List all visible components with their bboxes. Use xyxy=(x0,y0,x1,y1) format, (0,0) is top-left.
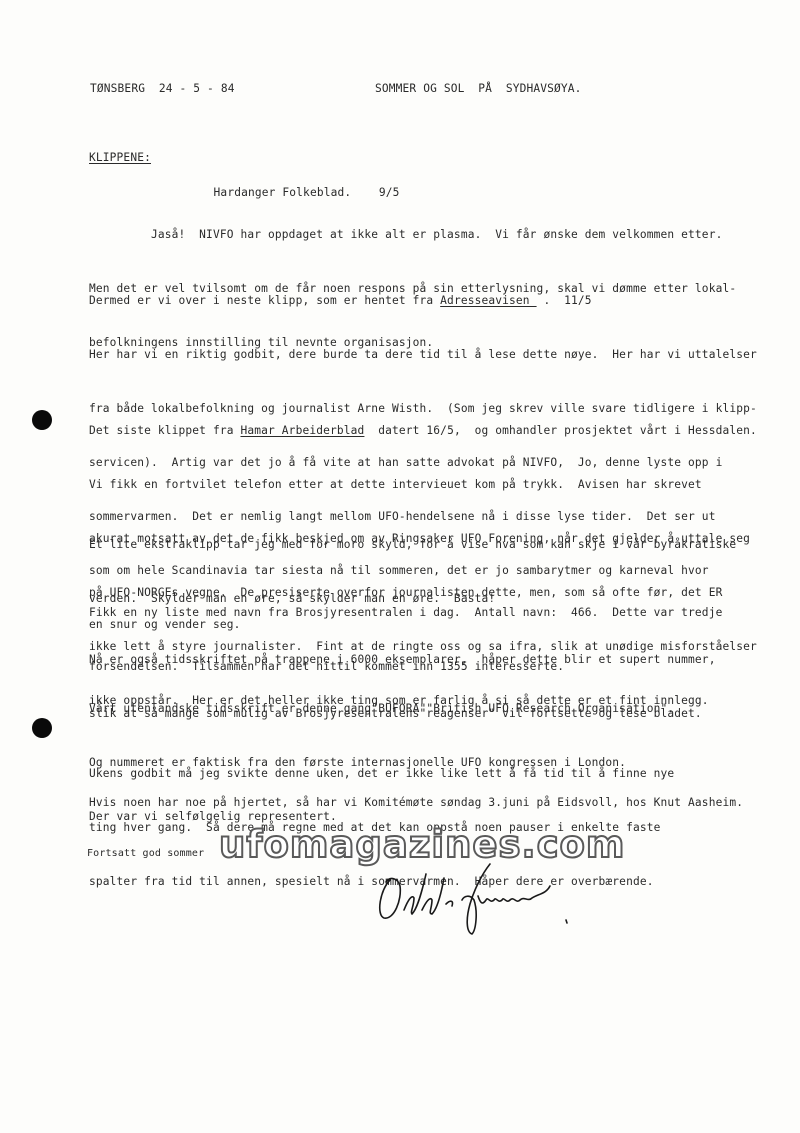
section-heading: KLIPPENE: xyxy=(89,149,151,167)
clip2-intro-line: Dermed er vi over i neste klipp, som er … xyxy=(89,292,757,310)
clip2-source: Adresseavisen xyxy=(440,294,536,307)
punch-hole-icon xyxy=(32,410,52,430)
text-line: Vi fikk en fortvilet telefon etter at de… xyxy=(89,476,757,494)
signature-icon xyxy=(370,860,590,944)
closing-text: Fortsatt god sommer xyxy=(87,845,204,863)
header-place-date: TØNSBERG 24 - 5 - 84 xyxy=(90,80,235,98)
text-line: Ukens godbit må jeg svikte denne uken, d… xyxy=(89,765,674,783)
text-line: Jaså! NIVFO har oppdaget at ikke alt er … xyxy=(89,226,736,244)
text-line: Vårt utenlandske tidsskrift er denne gan… xyxy=(89,700,674,718)
clip3-intro-line: Det siste klippet fra Hamar Arbeiderblad… xyxy=(89,422,757,440)
clip2-intro: Dermed er vi over i neste klipp, som er … xyxy=(89,294,440,307)
document-page: TØNSBERG 24 - 5 - 84 SOMMER OG SOL PÅ SY… xyxy=(0,0,800,1133)
clip3-source: Hamar Arbeiderblad xyxy=(240,424,364,437)
clip3-intro: Det siste klippet fra xyxy=(89,424,240,437)
clip2-date: . 11/5 xyxy=(537,294,592,307)
text-line: Her har vi en riktig godbit, dere burde … xyxy=(89,346,757,364)
clip3-rest: datert 16/5, og omhandler prosjektet vår… xyxy=(364,424,756,437)
header-title: SOMMER OG SOL PÅ SYDHAVSØYA. xyxy=(375,80,582,98)
meeting-paragraph: Hvis noen har noe på hjertet, så har vi … xyxy=(89,794,743,812)
text-line: Et lite ekstraklipp tar jeg med for moro… xyxy=(89,536,736,554)
punch-hole-icon xyxy=(32,718,52,738)
